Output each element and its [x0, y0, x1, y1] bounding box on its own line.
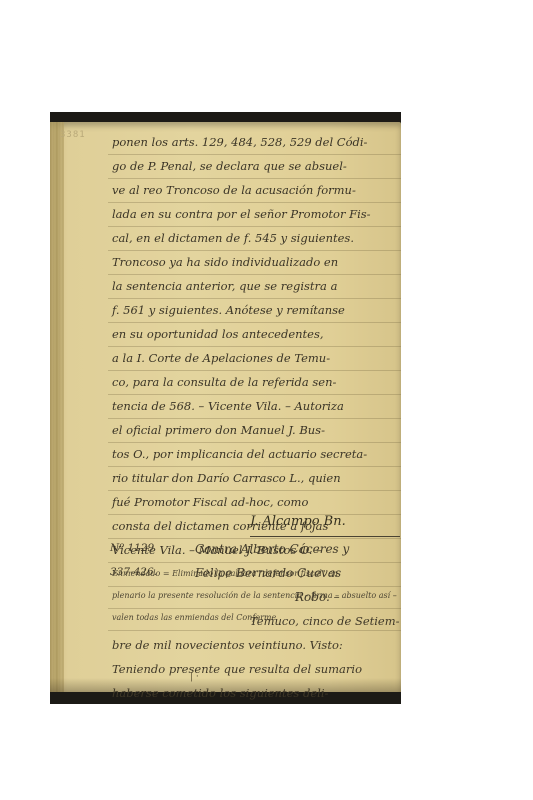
- text-line: fué Promotor Fiscal ad-hoc, como: [108, 490, 401, 515]
- text-line: tencia de 568. – Vicente Vila. – Autoriz…: [108, 394, 401, 419]
- continuation-line: bre de mil novecientos veintiuno. Visto:: [112, 638, 343, 652]
- case-offense: Robo. –: [295, 590, 340, 604]
- case-number: Nº 1129: [110, 542, 154, 554]
- clerk-signature: J. Alcampo Bn.: [250, 514, 346, 529]
- text-line: tos O., por implicancia del actuario sec…: [108, 442, 401, 467]
- text-line: la sentencia anterior, que se registra a: [108, 274, 401, 299]
- ruled-text-area: ponen los arts. 129, 484, 528, 529 del C…: [108, 122, 401, 692]
- continuation-line: Temuco, cinco de Setiem-: [250, 614, 400, 628]
- text-line: co, para la consulta de la referida sen-: [108, 370, 401, 395]
- manuscript-photo: 3381 ponen los arts. 129, 484, 528, 529 …: [50, 112, 401, 704]
- text-line: go de P. Penal, se declara que se absuel…: [108, 154, 401, 179]
- continuation-line: Teniendo presente que resulta del sumari…: [112, 662, 362, 676]
- text-line: f. 561 y siguientes. Anótese y remítanse: [108, 298, 401, 323]
- continuation-line: haberse cometido los siguientes deli-: [112, 686, 328, 700]
- text-line: Troncoso ya ha sido individualizado en: [108, 250, 401, 275]
- folio-number: 3381: [60, 130, 86, 140]
- signature-underline: [250, 536, 400, 537]
- case-parties-line-2: Felipe Bernardo Cuevas: [195, 566, 341, 580]
- text-line: ponen los arts. 129, 484, 528, 529 del C…: [108, 130, 401, 155]
- stray-marks: | ·: [190, 672, 199, 682]
- text-line: en su oportunidad los antecedentes,: [108, 322, 401, 347]
- text-line: a la I. Corte de Apelaciones de Temu-: [108, 346, 401, 371]
- text-line: cal, en el dictamen de f. 545 y siguient…: [108, 226, 401, 251]
- case-reference: 337-426.: [110, 566, 157, 578]
- ledger-page: 3381 ponen los arts. 129, 484, 528, 529 …: [50, 122, 401, 692]
- case-parties-line-1: Contra Alberto Cáceres y: [195, 542, 349, 556]
- text-line: lada en su contra por el señor Promotor …: [108, 202, 401, 227]
- text-line: el oficial primero don Manuel J. Bus-: [108, 418, 401, 443]
- page-binding-edge: [50, 122, 64, 692]
- text-line: ve al reo Troncoso de la acusación formu…: [108, 178, 401, 203]
- text-line: rio titular don Darío Carrasco L., quien: [108, 466, 401, 491]
